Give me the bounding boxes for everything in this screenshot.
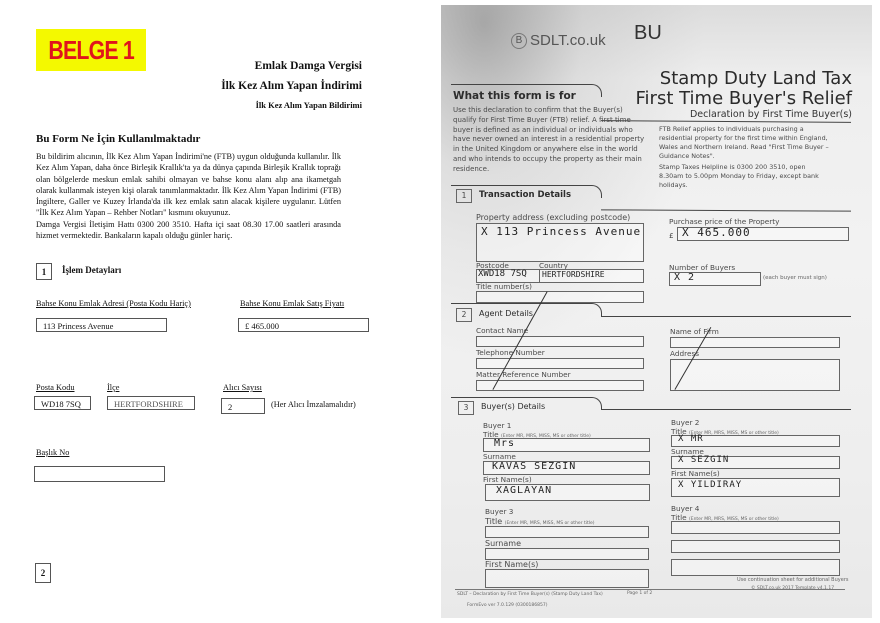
tr-title: Emlak Damga Vergisi — [255, 60, 362, 72]
en-price-label: Purchase price of the Property — [669, 217, 779, 226]
tr-form-name: İlk Kez Alım Yapan Bildirimi — [256, 100, 362, 110]
tr-subtitle: İlk Kez Alım Yapan İndirimi — [221, 80, 362, 92]
handwritten-mark: BU — [634, 22, 662, 45]
buyer-1-heading: Buyer 1 — [483, 421, 511, 430]
en-intro-right: FTB Relief applies to individuals purcha… — [659, 125, 829, 161]
en-address-label: Property address (excluding postcode) — [476, 213, 630, 222]
tr-county-field[interactable]: HERTFORDSHIRE — [107, 396, 195, 410]
tr-buyers-note: (Her Alıcı İmzalamalıdır) — [271, 400, 356, 409]
en-firm-label: Name of Firm — [670, 327, 719, 336]
en-contact-field[interactable] — [476, 336, 644, 347]
tr-address-field[interactable]: 113 Princess Avenue — [36, 318, 167, 332]
en-title-number-field[interactable] — [476, 291, 644, 303]
en-matter-label: Matter Reference Number — [476, 370, 571, 379]
footer-right: © SDLT.co.uk 2017 Template v4.1.17 — [751, 586, 834, 591]
en-price-field[interactable]: X 465.000 — [677, 227, 849, 241]
en-address-field[interactable]: X 113 Princess Avenue — [476, 223, 644, 262]
sdlt-logo: BSDLT.co.uk — [511, 32, 606, 49]
logo-b-icon: B — [511, 33, 527, 49]
footer-page: Page 1 of 2 — [627, 591, 652, 596]
en-postcode-field[interactable]: XWD18 7SQ — [476, 269, 540, 283]
en-section-3-title: Buyer(s) Details — [481, 402, 545, 411]
en-title-number-label: Title number(s) — [476, 282, 532, 291]
buyer-2-first-field[interactable]: X YILDIRAY — [671, 478, 840, 497]
buyer-1-first-field[interactable]: XAGLAYAN — [485, 484, 650, 501]
en-currency: £ — [669, 231, 674, 240]
buyer-3-first-field[interactable] — [485, 569, 649, 588]
footer-left: SDLT – Declaration by First Time Buyer(s… — [457, 592, 603, 597]
en-declaration: Declaration by First Time Buyer(s) — [690, 109, 852, 120]
buyer-4-title-field[interactable] — [671, 521, 840, 534]
tr-purpose-text: Bu bildirim alıcının, İlk Kez Alım Yapan… — [36, 151, 341, 219]
en-matter-field[interactable] — [476, 380, 644, 391]
buyer-4-first-field[interactable] — [671, 559, 840, 576]
en-section-1-title: Transaction Details — [479, 190, 571, 200]
footer-form-version: FormEvo ver 7.0.129 (0300186857) — [467, 603, 548, 608]
tr-price-field[interactable]: £ 465.000 — [238, 318, 369, 332]
en-section-1-number: 1 — [456, 189, 472, 203]
en-buyers-field[interactable]: X 2 — [669, 272, 761, 286]
tr-postcode-label: Posta Kodu — [36, 383, 75, 392]
buyer-2-first-label: First Name(s) — [671, 469, 720, 478]
buyer-3-surname-label: Surname — [485, 539, 521, 548]
tr-buyers-field[interactable]: 2 — [221, 398, 265, 414]
en-helpline: Stamp Taxes Helpline is 0300 200 3510, o… — [659, 163, 829, 190]
buyer-3-first-label: First Name(s) — [485, 560, 538, 569]
tr-helpline-text: Damga Vergisi İletişim Hattı 0300 200 35… — [36, 219, 341, 242]
en-country-field[interactable]: HERTFORDSHIRE — [539, 269, 644, 283]
buyer-4-heading: Buyer 4 — [671, 504, 699, 513]
en-telephone-field[interactable] — [476, 358, 644, 369]
buyer-3-title-label: Title (Enter MR, MRS, MISS, MS or other … — [485, 517, 595, 526]
document-badge: BELGE 1 — [36, 29, 146, 71]
en-section-2-title: Agent Details — [479, 309, 533, 318]
en-section-2-number: 2 — [456, 308, 472, 322]
tr-title-no-field[interactable] — [34, 466, 165, 482]
en-section-3-number: 3 — [458, 401, 474, 415]
tr-title-no-label: Başlık No — [36, 448, 69, 457]
en-contact-label: Contact Name — [476, 326, 528, 335]
buyer-2-surname-field[interactable]: X SEZGIN — [671, 456, 840, 469]
en-intro-left: Use this declaration to confirm that the… — [453, 106, 645, 175]
tr-buyers-label: Alıcı Sayısı — [223, 383, 262, 392]
continuation-note: Use continuation sheet for additional Bu… — [737, 577, 848, 583]
en-buyers-label: Number of Buyers — [669, 263, 735, 272]
en-intro-heading: What this form is for — [453, 90, 576, 102]
buyer-4-surname-field[interactable] — [671, 540, 840, 553]
buyer-1-first-label: First Name(s) — [483, 475, 532, 484]
en-buyers-note: (each buyer must sign) — [763, 275, 827, 281]
en-firm-field[interactable] — [670, 337, 840, 348]
en-subtitle: First Time Buyer's Relief — [636, 88, 853, 109]
tr-section-1-number: 1 — [36, 263, 52, 280]
buyer-1-surname-field[interactable]: KAVAS SEZGIN — [483, 461, 650, 475]
tr-postcode-field[interactable]: WD18 7SQ — [34, 396, 91, 410]
buyer-3-heading: Buyer 3 — [485, 507, 513, 516]
buyer-3-title-field[interactable] — [485, 526, 649, 538]
en-title: Stamp Duty Land Tax — [660, 68, 852, 89]
tr-section-2-number: 2 — [35, 563, 51, 583]
buyer-1-title-field[interactable]: Mrs — [483, 438, 650, 452]
tr-address-label: Bahse Konu Emlak Adresi (Posta Kodu Hari… — [36, 299, 191, 308]
buyer-3-surname-field[interactable] — [485, 548, 649, 560]
photographed-form: BSDLT.co.uk BU Stamp Duty Land Tax First… — [441, 5, 872, 618]
tr-price-label: Bahse Konu Emlak Satış Fiyatı — [240, 299, 344, 308]
tr-purpose-heading: Bu Form Ne İçin Kullanılmaktadır — [36, 133, 200, 145]
buyer-1-surname-label: Surname — [483, 452, 516, 461]
tr-county-label: İlçe — [107, 383, 119, 392]
en-agent-address-field[interactable] — [670, 359, 840, 391]
buyer-2-title-field[interactable]: X MR — [671, 435, 840, 447]
tr-section-1-title: İşlem Detayları — [62, 265, 121, 275]
buyer-2-heading: Buyer 2 — [671, 418, 699, 427]
